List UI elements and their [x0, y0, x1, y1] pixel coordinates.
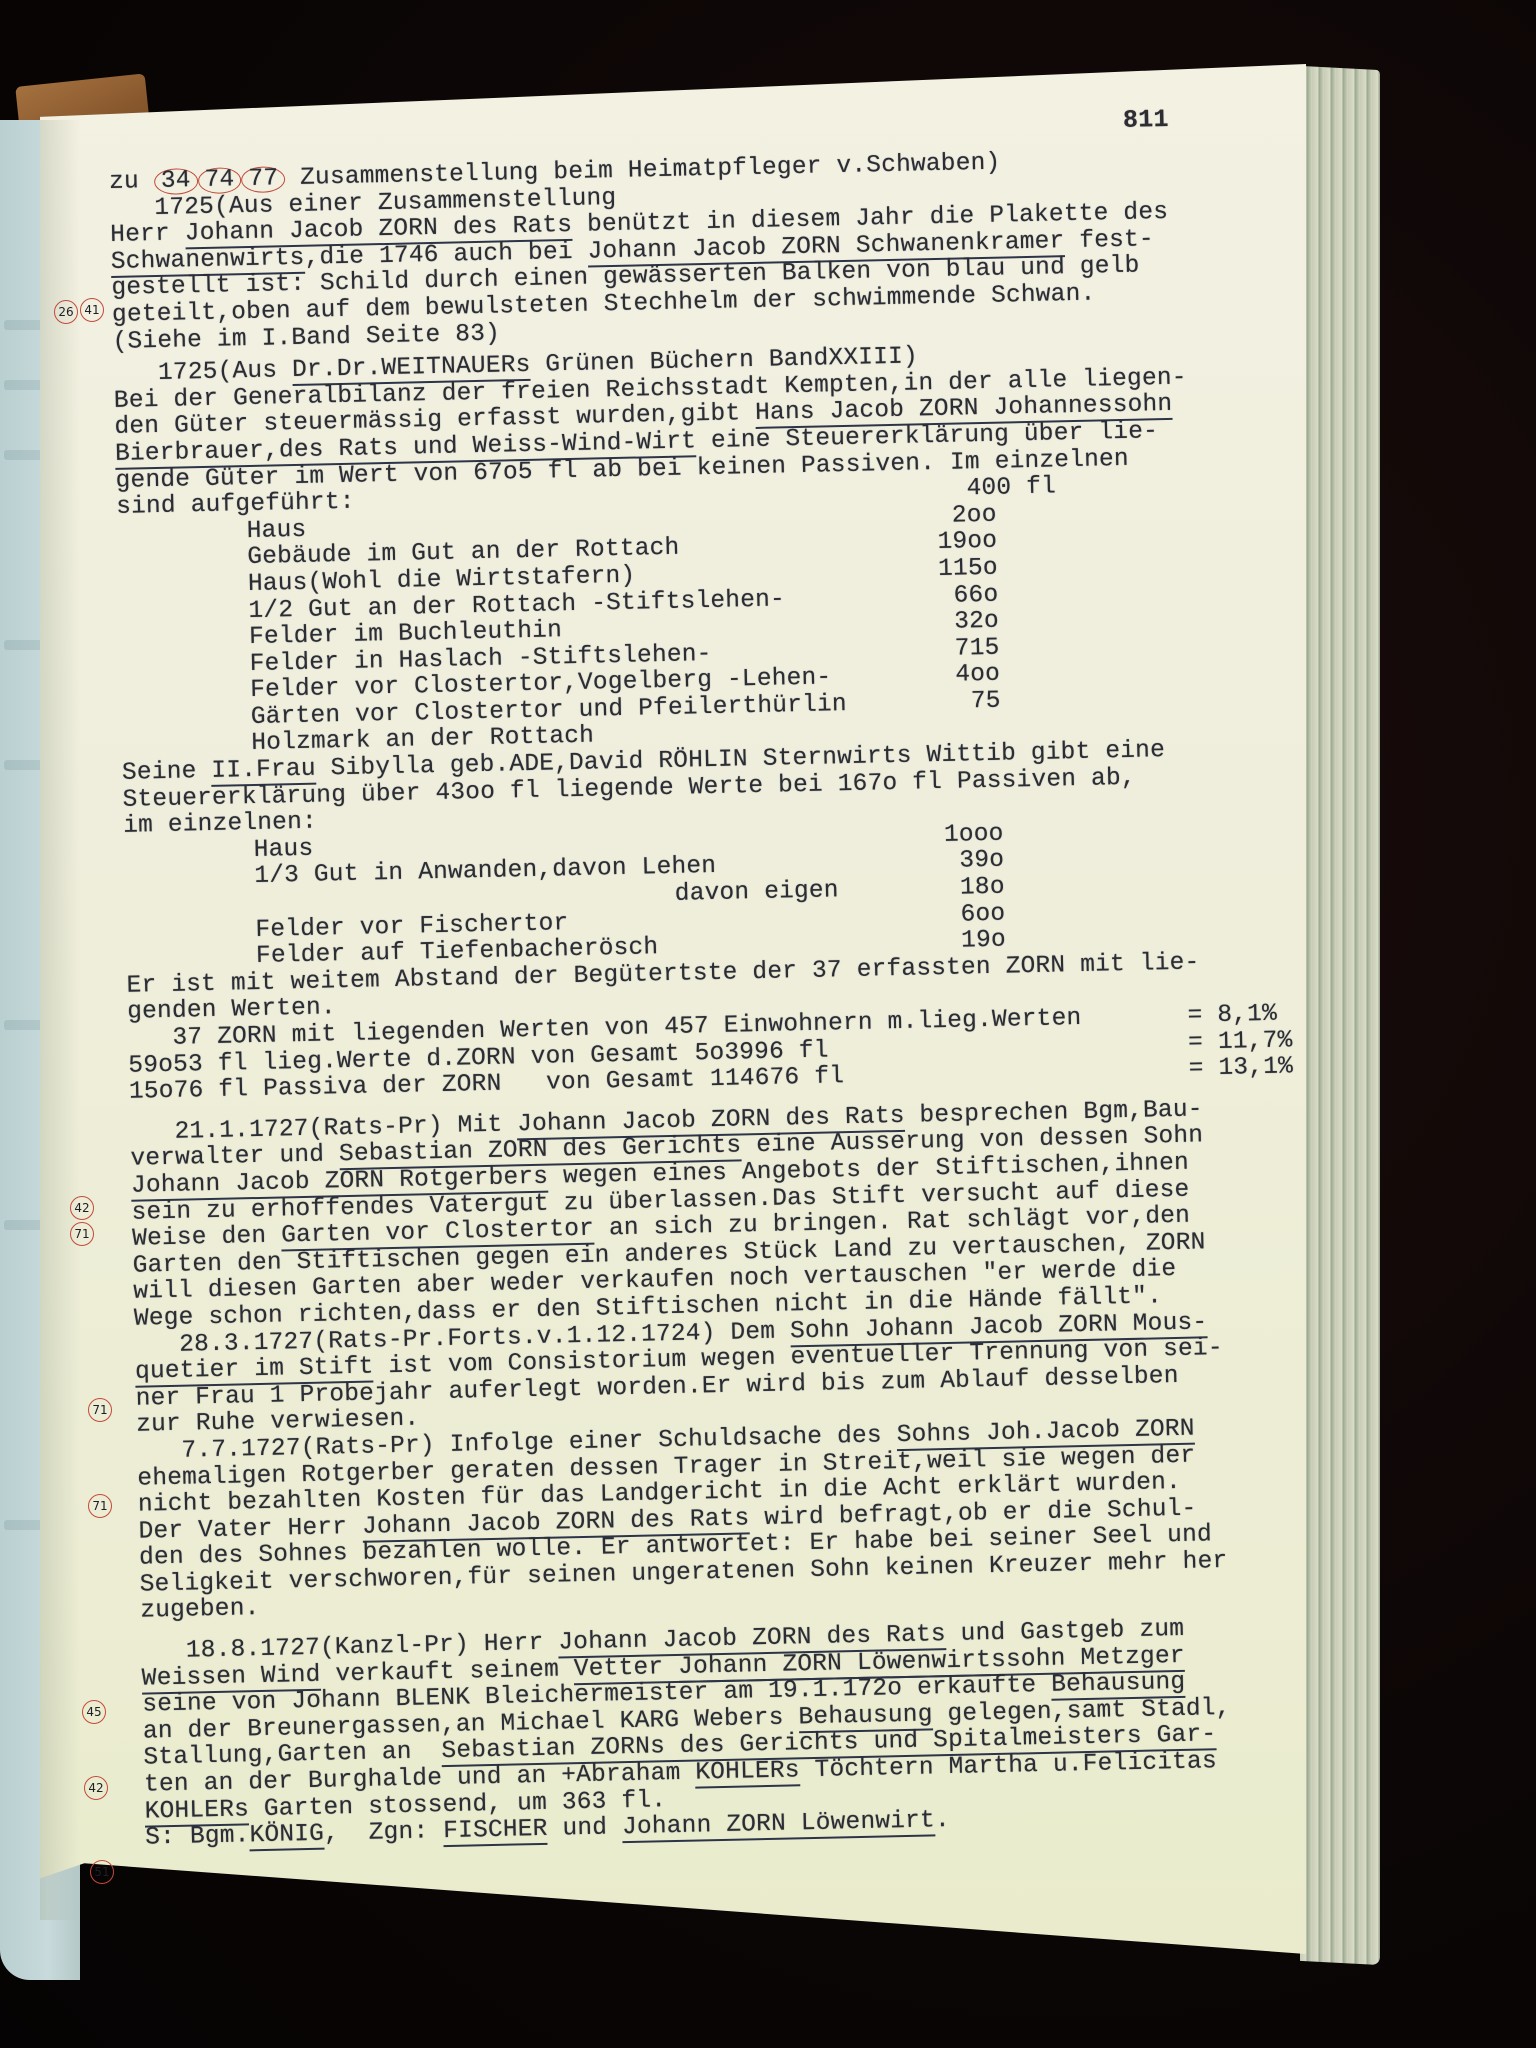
- page-content: 811 zu 347477 Zusammenstellung beim Heim…: [108, 104, 1345, 1853]
- statistic-percent: = 8,1%: [1187, 1002, 1277, 1031]
- entry-1727-01-21: 21.1.1727(Rats-Pr) Mit Johann Jacob ZORN…: [130, 1094, 1334, 1333]
- source-ref: 77: [241, 166, 285, 193]
- asset-list-hans-jacob: Haus2ooGebäude im Gut an der Rottach19oo…: [117, 495, 1322, 760]
- margin-ref-mark: 71: [70, 1222, 94, 1246]
- page-number: 811: [1123, 107, 1169, 135]
- source-ref: 74: [197, 167, 241, 194]
- statistic-percent: = 13,1%: [1188, 1055, 1293, 1084]
- margin-ref-mark: 42: [84, 1776, 108, 1800]
- page-gutter: [40, 120, 80, 1920]
- margin-ref-mark: 45: [82, 1700, 106, 1724]
- source-prefix: zu: [109, 168, 139, 196]
- entry-1727-07-07: 7.7.1727(Rats-Pr) Infolge einer Schuldsa…: [137, 1413, 1341, 1625]
- margin-ref-mark: 71: [88, 1494, 112, 1518]
- entry-1727-08-18: 18.8.1727(Kanzl-Pr) Herr Johann Jacob ZO…: [141, 1614, 1345, 1853]
- source-ref: 34: [154, 168, 198, 195]
- statistic-percent: = 11,7%: [1188, 1028, 1293, 1057]
- asset-list-sibylla: Haus1ooo1/3 Gut in Anwanden,davon Lehen3…: [124, 814, 1327, 973]
- margin-ref-mark: 26: [54, 300, 78, 324]
- margin-ref-mark: 41: [80, 298, 104, 322]
- margin-ref-mark: 51: [90, 1860, 114, 1884]
- margin-ref-mark: 71: [88, 1398, 112, 1422]
- margin-ref-mark: 42: [70, 1196, 94, 1220]
